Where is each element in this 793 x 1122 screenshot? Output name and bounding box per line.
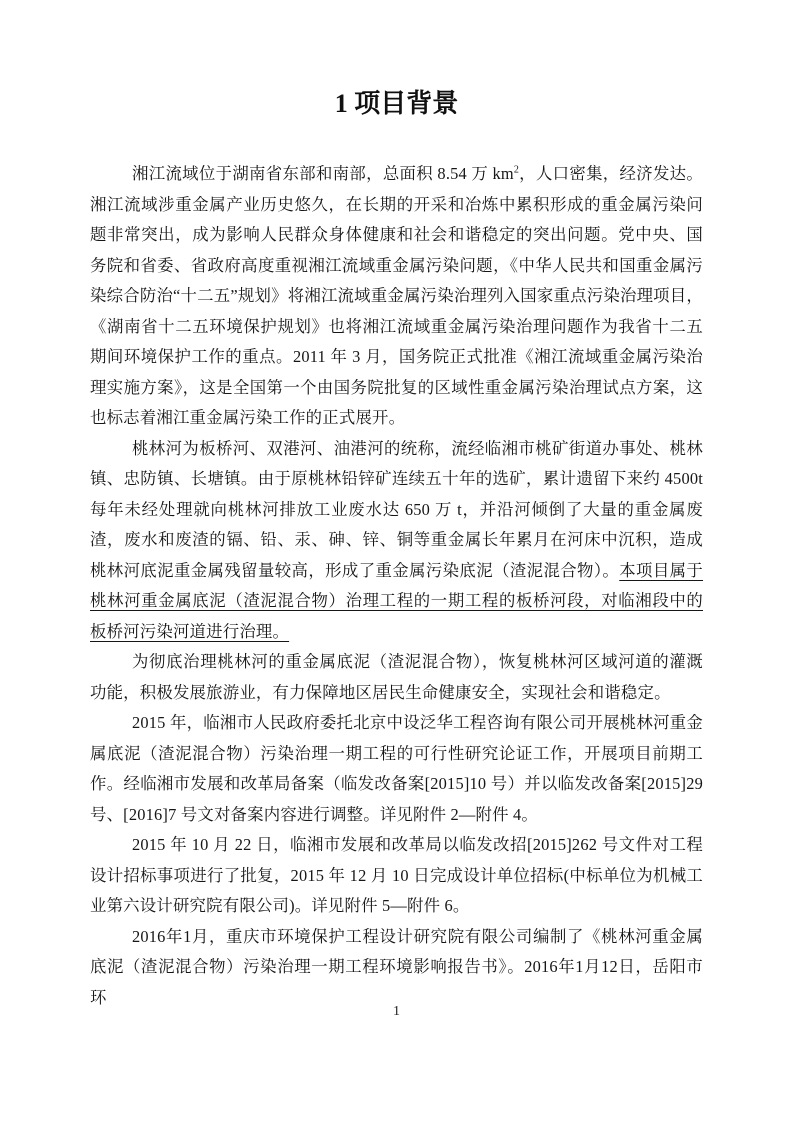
- paragraph-text: ，人口密集，经济发达。湘江流域涉重金属产业历史悠久，在长期的开采和冶炼中累积形成…: [90, 164, 703, 427]
- paragraph-text: 湘江流域位于湖南省东部和南部，总面积 8.54 万 km: [132, 164, 514, 183]
- paragraph-taolin-river: 桃林河为板桥河、双港河、油港河的统称，流经临湘市桃矿街道办事处、桃林镇、忠防镇、…: [90, 434, 703, 648]
- paragraph-xiangjiang-basin: 湘江流域位于湖南省东部和南部，总面积 8.54 万 km2，人口密集，经济发达。…: [90, 159, 703, 434]
- page-number: 1: [0, 1003, 793, 1021]
- paragraph-2015-feasibility-study: 2015 年，临湘市人民政府委托北京中设泛华工程咨询有限公司开展桃林河重金属底泥…: [90, 708, 703, 830]
- document-body: 1 项目背景 湘江流域位于湖南省东部和南部，总面积 8.54 万 km2，人口密…: [90, 86, 703, 1013]
- paragraph-text: 桃林河为板桥河、双港河、油港河的统称，流经临湘市桃矿街道办事处、桃林镇、忠防镇、…: [90, 439, 703, 580]
- paragraph-2016-eia-report: 2016年1月，重庆市环境保护工程设计研究院有限公司编制了《桃林河重金属底泥（渣…: [90, 922, 703, 1014]
- paragraph-2015-design-bidding: 2015 年 10 月 22 日，临湘市发展和改革局以临发改招[2015]262…: [90, 830, 703, 922]
- paragraph-treatment-goal: 为彻底治理桃林河的重金属底泥（渣泥混合物），恢复桃林河区域河道的灌溉功能，积极发…: [90, 647, 703, 708]
- document-page: 1 项目背景 湘江流域位于湖南省东部和南部，总面积 8.54 万 km2，人口密…: [0, 0, 793, 1122]
- section-heading: 1 项目背景: [90, 86, 703, 122]
